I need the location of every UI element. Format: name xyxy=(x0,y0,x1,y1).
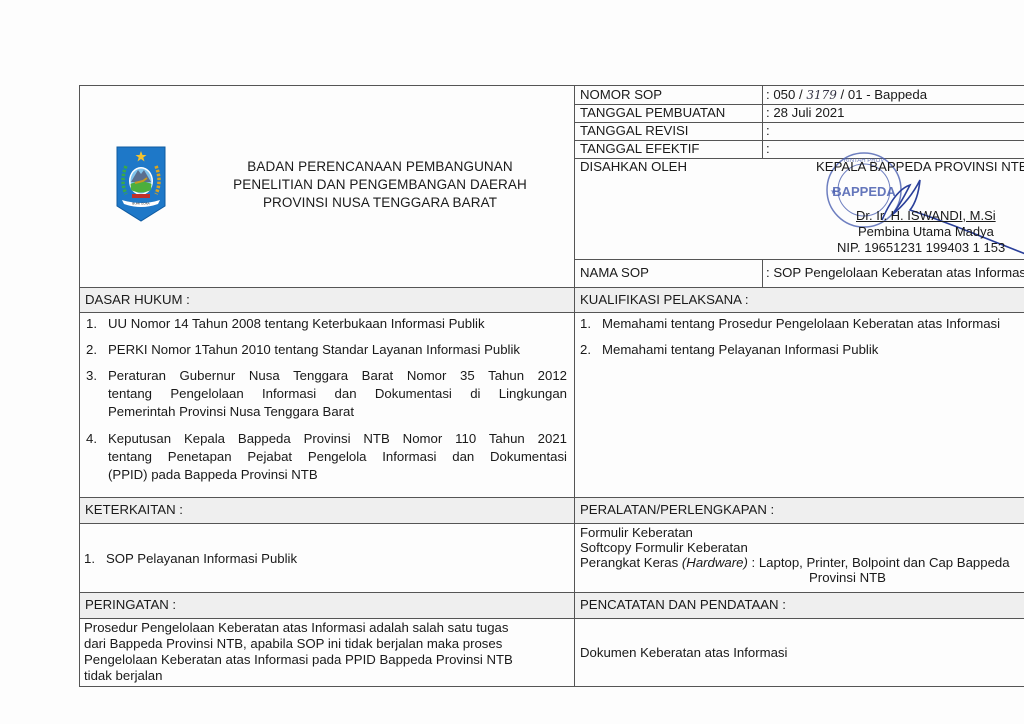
dasar-hukum-item-4-line-3: (PPID) pada Bappeda Provinsi NTB xyxy=(108,467,318,483)
peringatan-line-2: dari Bappeda Provinsi NTB, apabila SOP i… xyxy=(84,636,502,652)
peralatan-line-1: Formulir Keberatan xyxy=(580,525,693,541)
table-border-left xyxy=(79,85,80,687)
meta-label-nomor-sop: NOMOR SOP xyxy=(580,87,662,103)
peringatan-line-3: Pengelolaan Keberatan atas Informasi pad… xyxy=(84,652,513,668)
kualifikasi-item-2: 2.Memahami tentang Pelayanan Informasi P… xyxy=(580,342,878,358)
list-text: Memahami tentang Pelayanan Informasi Pub… xyxy=(602,342,878,357)
dasar-hukum-item-2: 2.PERKI Nomor 1Tahun 2010 tentang Standa… xyxy=(86,342,520,358)
svg-text:★: ★ xyxy=(830,187,837,196)
dasar-hukum-item-4-line-2: tentang Penetapan Pejabat Pengelola Info… xyxy=(108,449,567,465)
list-text: Memahami tentang Prosedur Pengelolaan Ke… xyxy=(602,316,1000,331)
meta-value-divider-2 xyxy=(762,259,763,287)
ntb-province-emblem-icon: BUMI GORA xyxy=(116,146,166,222)
nomor-sop-handwritten: 3179 xyxy=(806,88,837,102)
nomor-sop-suffix: / 01 - Bappeda xyxy=(837,87,927,102)
list-number: 4. xyxy=(86,431,97,447)
dasar-hukum-item-4-line-1: Keputusan Kepala Bappeda Provinsi NTB No… xyxy=(108,431,567,447)
peralatan-title: PERALATAN/PERLENGKAPAN : xyxy=(580,502,774,518)
nama-sop-value: : SOP Pengelolaan Keberatan atas Informa… xyxy=(766,265,1024,281)
kualifikasi-title: KUALIFIKASI PELAKSANA : xyxy=(580,292,749,308)
meta-label-tanggal-efektif: TANGGAL EFEKTIF xyxy=(580,141,699,157)
list-text: SOP Pelayanan Informasi Publik xyxy=(106,551,297,566)
peralatan-line-2: Softcopy Formulir Keberatan xyxy=(580,540,748,556)
keterkaitan-title: KETERKAITAN : xyxy=(85,502,183,518)
pencatatan-text: Dokumen Keberatan atas Informasi xyxy=(580,645,787,661)
column-divider xyxy=(574,85,575,687)
table-border-bottom xyxy=(79,686,1024,687)
list-number: 3. xyxy=(86,368,97,384)
peringatan-line-4: tidak berjalan xyxy=(84,668,162,684)
nama-sop-label: NAMA SOP xyxy=(580,265,649,281)
dasar-hukum-item-1: 1.UU Nomor 14 Tahun 2008 tentang Keterbu… xyxy=(86,316,485,332)
approval-nip: NIP. 19651231 199403 1 153 xyxy=(837,240,1005,256)
approval-label: DISAHKAN OLEH xyxy=(580,159,687,175)
org-line-2: PENELITIAN DAN PENGEMBANGAN DAERAH xyxy=(200,176,560,194)
section-line xyxy=(79,523,1024,524)
list-text: PERKI Nomor 1Tahun 2010 tentang Standar … xyxy=(108,342,520,357)
keterkaitan-item-1: 1.SOP Pelayanan Informasi Publik xyxy=(84,551,297,567)
peralatan-hardware-cont: Provinsi NTB xyxy=(809,570,886,586)
svg-text:BUMI GORA: BUMI GORA xyxy=(132,202,150,206)
section-line xyxy=(79,312,1024,313)
meta-value-tanggal-efektif: : xyxy=(766,141,770,157)
approval-rank: Pembina Utama Madya xyxy=(858,224,994,240)
meta-value-tanggal-pembuatan: : 28 Juli 2021 xyxy=(766,105,844,121)
peringatan-title: PERINGATAN : xyxy=(85,597,176,613)
list-text: UU Nomor 14 Tahun 2008 tentang Keterbuka… xyxy=(108,316,485,331)
hardware-label-italic: (Hardware) xyxy=(682,555,748,570)
approval-title: KEPALA BAPPEDA PROVINSI NTB xyxy=(816,159,1024,175)
meta-label-tanggal-pembuatan: TANGGAL PEMBUATAN xyxy=(580,105,725,121)
meta-value-nomor-sop: : 050 / 3179 / 01 - Bappeda xyxy=(766,87,927,103)
approval-name: Dr. Ir. H. ISWANDI, M.Si xyxy=(856,208,996,224)
org-line-3: PROVINSI NUSA TENGGARA BARAT xyxy=(200,194,560,212)
sop-document-page: BUMI GORA BADAN PERENCANAAN PEMBANGUNAN … xyxy=(0,0,1024,724)
kualifikasi-item-1: 1.Memahami tentang Prosedur Pengelolaan … xyxy=(580,316,1000,332)
dasar-hukum-title: DASAR HUKUM : xyxy=(85,292,190,308)
list-number: 1. xyxy=(86,316,108,332)
dasar-hukum-item-3-line-1: Peraturan Gubernur Nusa Tenggara Barat N… xyxy=(108,368,567,384)
hardware-label: Perangkat Keras xyxy=(580,555,682,570)
table-border-top xyxy=(79,85,1024,86)
section-line xyxy=(79,287,1024,288)
section-line xyxy=(79,497,1024,498)
hardware-value: : Laptop, Printer, Bolpoint dan Cap Bapp… xyxy=(748,555,1010,570)
section-line xyxy=(79,618,1024,619)
meta-label-tanggal-revisi: TANGGAL REVISI xyxy=(580,123,688,139)
list-number: 2. xyxy=(580,342,602,358)
meta-value-tanggal-revisi: : xyxy=(766,123,770,139)
list-number: 1. xyxy=(580,316,602,332)
nomor-sop-prefix: : 050 / xyxy=(766,87,806,102)
peringatan-line-1: Prosedur Pengelolaan Keberatan atas Info… xyxy=(84,620,508,636)
dasar-hukum-item-3-line-3: Pemerintah Provinsi Nusa Tenggara Barat xyxy=(108,404,354,420)
pencatatan-title: PENCATATAN DAN PENDATAAN : xyxy=(580,597,786,613)
section-line xyxy=(79,592,1024,593)
list-number: 2. xyxy=(86,342,108,358)
dasar-hukum-item-3-line-2: tentang Pengelolaan Informasi dan Dokume… xyxy=(108,386,567,402)
list-number: 1. xyxy=(84,551,106,567)
peralatan-hardware: Perangkat Keras (Hardware) : Laptop, Pri… xyxy=(580,555,1010,571)
organization-name: BADAN PERENCANAAN PEMBANGUNAN PENELITIAN… xyxy=(200,158,560,212)
org-line-1: BADAN PERENCANAAN PEMBANGUNAN xyxy=(200,158,560,176)
